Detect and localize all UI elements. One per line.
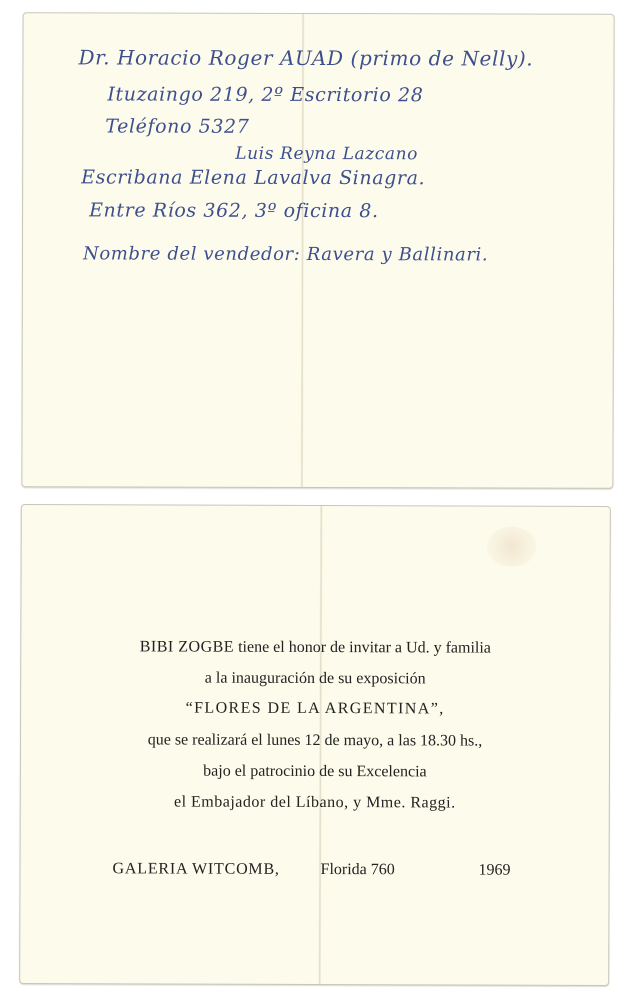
handwritten-line-phone: Teléfono 5327 [105,115,249,137]
invitation-line-host: BIBI ZOGBE tiene el honor de invitar a U… [21,638,609,658]
handwritten-line-address: Ituzaingo 219, 2º Escritorio 28 [107,83,423,106]
invitation-card: BIBI ZOGBE tiene el honor de invitar a U… [19,504,611,986]
host-name: BIBI ZOGBE [140,638,234,655]
handwritten-line-insert: Luis Reyna Lazcano [235,144,418,164]
invitation-line-ambassador: el Embajador del Líbano, y Mme. Raggi. [21,793,609,813]
handwritten-line-name: Dr. Horacio Roger AUAD (primo de Nelly). [78,45,533,70]
handwritten-line-notary-address: Entre Ríos 362, 3º oficina 8. [89,199,379,222]
handwritten-note-card: Dr. Horacio Roger AUAD (primo de Nelly).… [21,12,614,489]
gallery-address: Florida 760 [321,861,395,879]
paper-stain [487,527,537,567]
invitation-line-inauguration: a la inauguración de su exposición [21,669,609,689]
invitation-line-date-time: que se realizará el lunes 12 de mayo, a … [21,731,609,751]
invitation-year: 1969 [479,862,511,880]
handwritten-line-notary: Escribana Elena Lavalva Sinagra. [81,166,425,189]
invitation-line-patronage: bajo el patrocinio de su Excelencia [21,762,609,782]
exhibition-title: “FLORES DE LA ARGENTINA”, [21,699,609,719]
host-invite-text: tiene el honor de invitar a Ud. y famili… [234,639,491,657]
gallery-name: GALERIA WITCOMB, [113,860,280,879]
handwritten-line-seller: Nombre del vendedor: Ravera y Ballinari. [83,243,488,265]
